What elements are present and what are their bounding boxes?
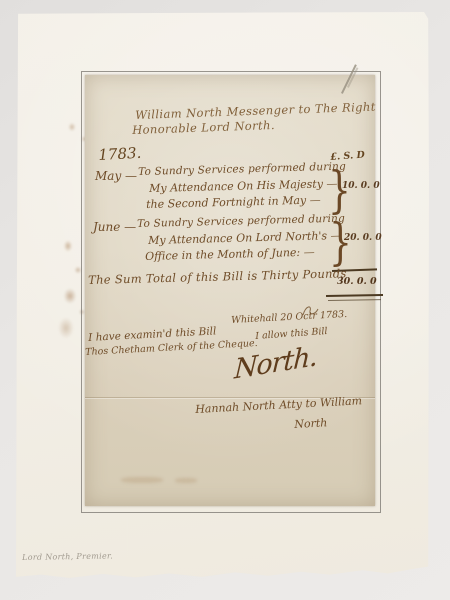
entry-may-text-line-2: My Attendance On His Majesty — xyxy=(149,178,338,194)
document-sheet: William North Messenger to The Right Hon… xyxy=(85,75,375,506)
total-line: The Sum Total of this Bill is Thirty Pou… xyxy=(88,268,347,286)
manuscript-heading-line-2: Honorable Lord North. xyxy=(132,120,275,136)
entry-may-text-line-3: the Second Fortnight in May — xyxy=(146,194,321,210)
year-label: 1783. xyxy=(98,146,142,163)
entry-may-text-line-1: To Sundry Services performed during xyxy=(138,162,346,178)
approval-line: I allow this Bill xyxy=(255,327,328,342)
entry-june-amount: 20. 0. 0 xyxy=(344,234,382,243)
entry-june-text-line-2: My Attendance On Lord North's — xyxy=(148,230,342,246)
ink-smudge-2 xyxy=(175,478,197,483)
ink-rule-below-total-2 xyxy=(328,299,381,301)
total-amount: 30. 0. 0 xyxy=(337,277,377,287)
entry-june-month-label: June — xyxy=(93,221,136,233)
entry-may-month-label: May — xyxy=(95,170,137,182)
attorney-note-line-2: North xyxy=(294,417,328,430)
attorney-note-line-1: Hannah North Atty to William xyxy=(195,395,362,415)
entry-june-text-line-3: Office in the Month of June: — xyxy=(145,247,315,262)
ink-rule-below-total-1 xyxy=(326,294,383,297)
ink-smudge xyxy=(121,477,163,483)
pencil-inscription: Lord North, Premier. xyxy=(22,552,113,562)
place-date-line: Whitehall 20 Octr 1783. xyxy=(231,310,347,326)
entry-june-text-line-1: To Sundry Services performed during xyxy=(137,214,345,230)
photograph-of-manuscript: William North Messenger to The Right Hon… xyxy=(0,0,450,600)
entry-may-amount: 10. 0. 0 xyxy=(342,182,380,191)
